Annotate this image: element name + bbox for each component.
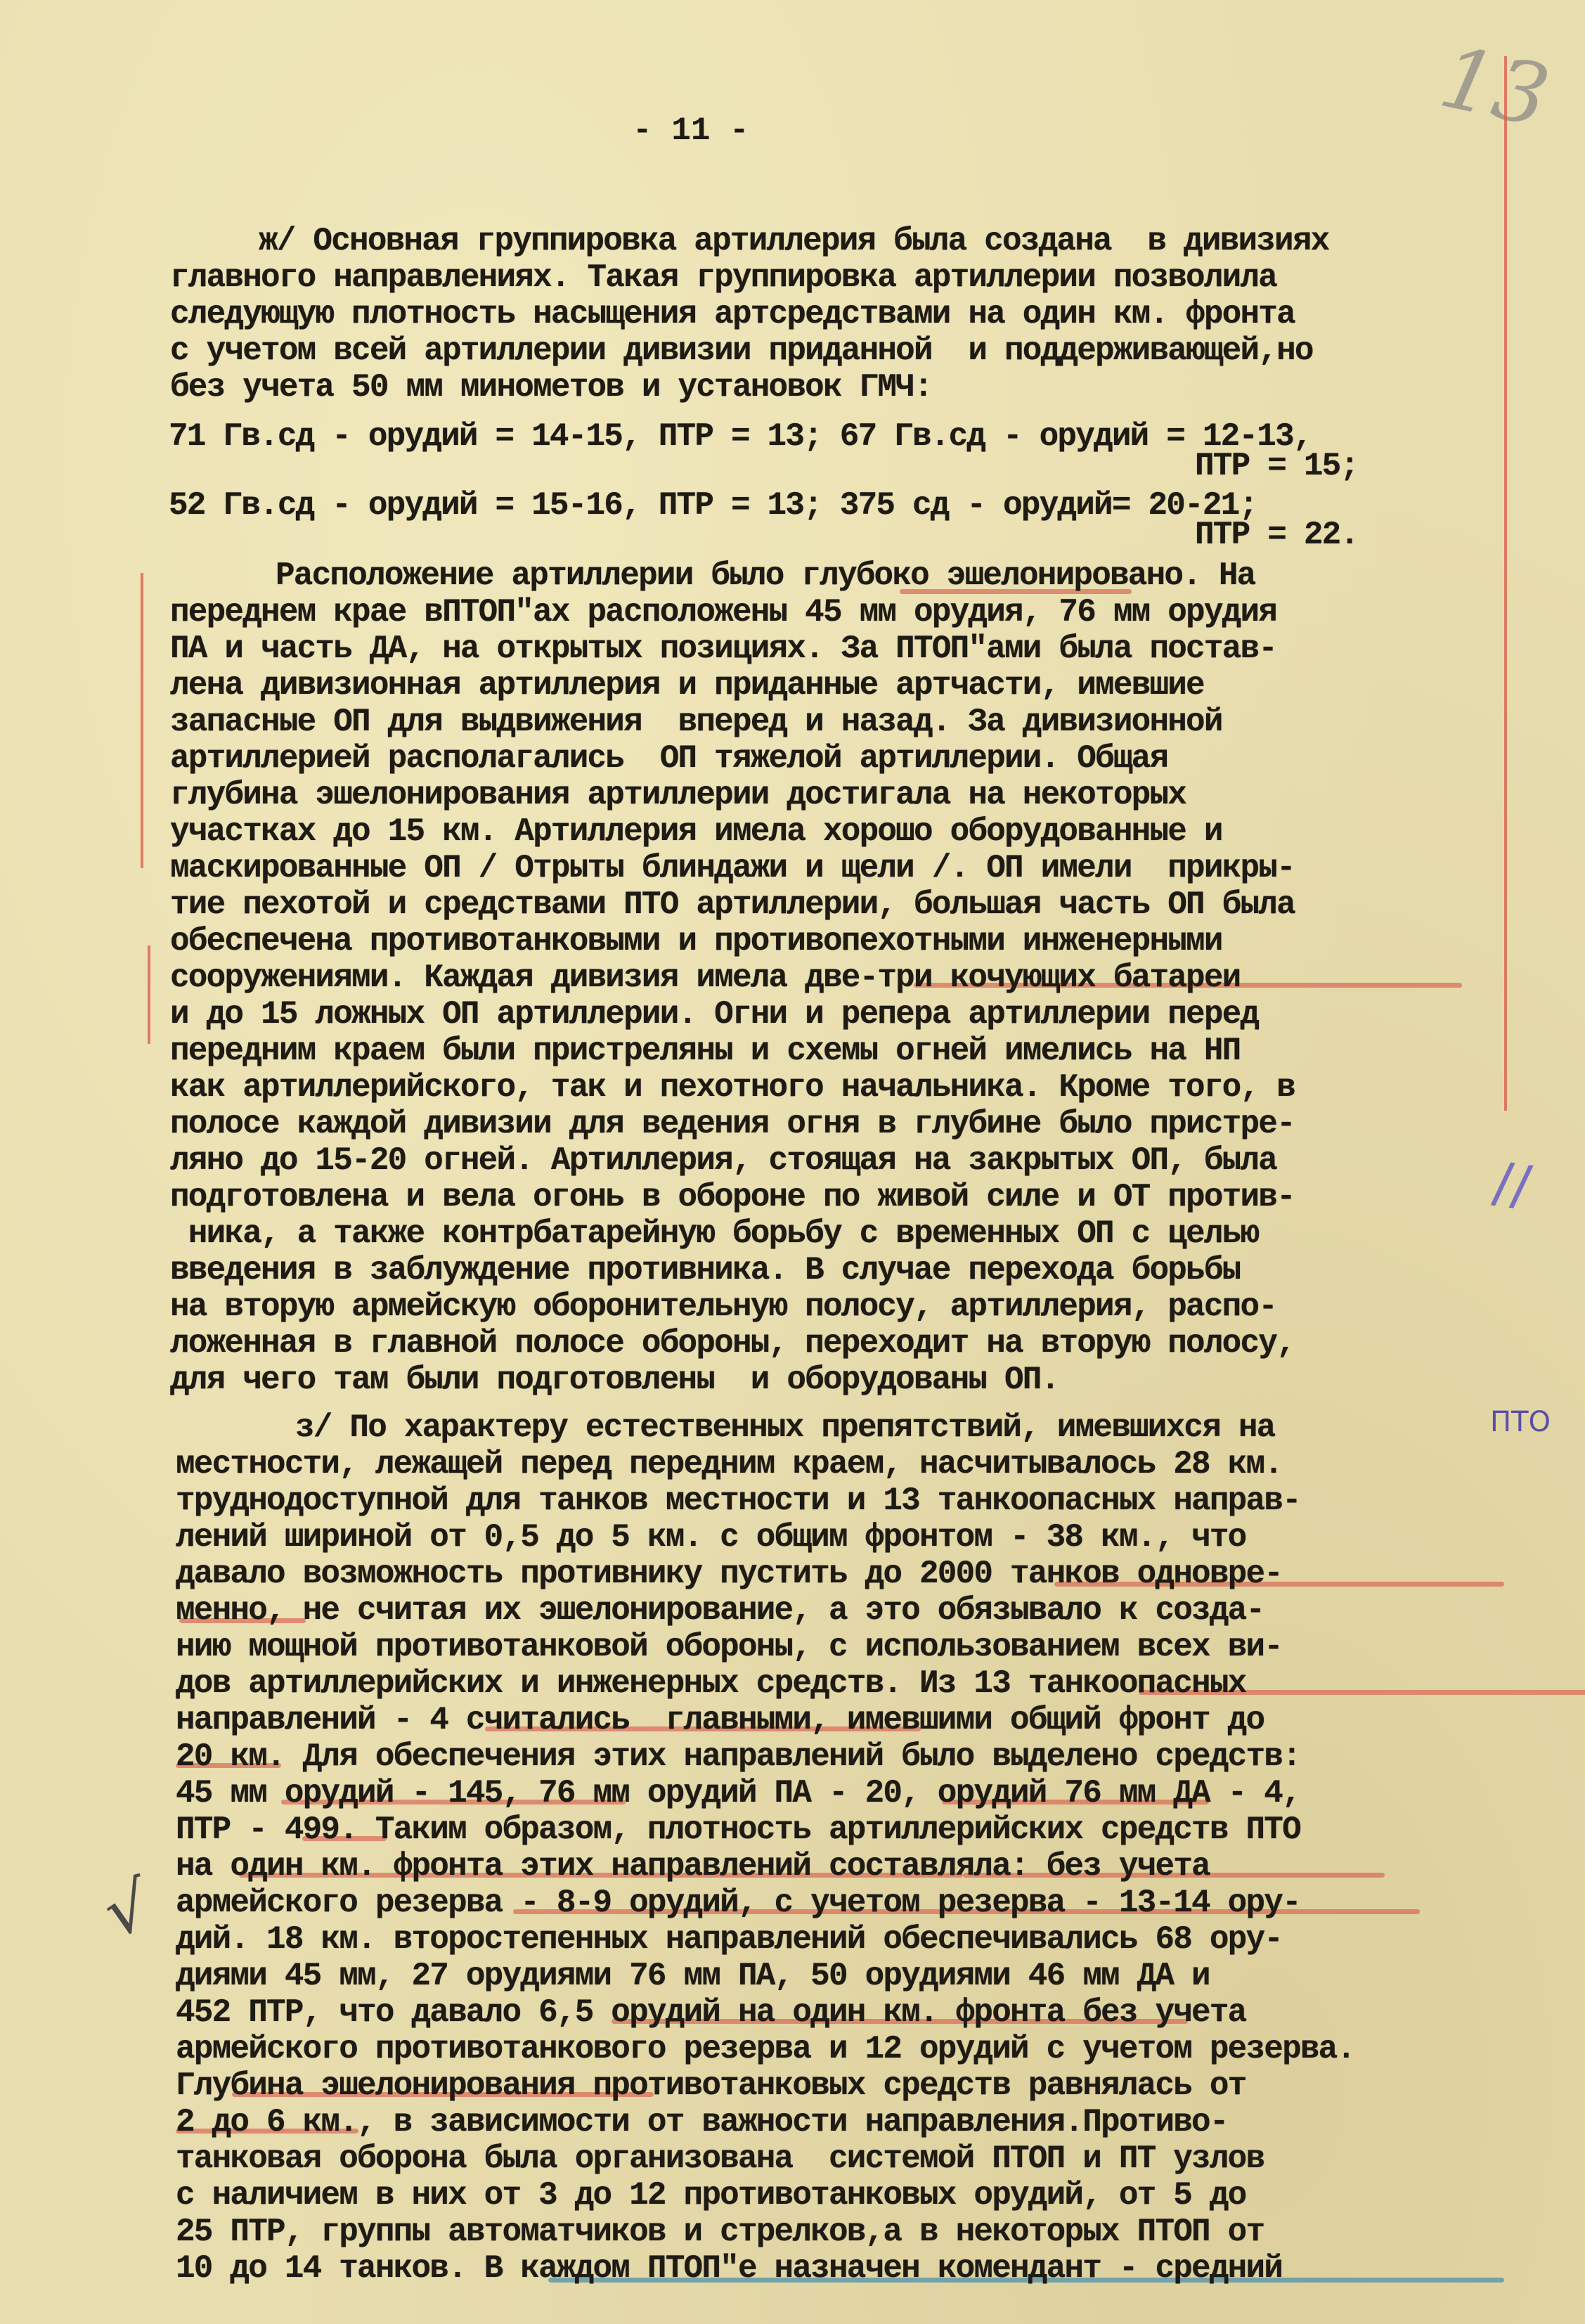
text-line: з/ По характеру естественных препятствий… [295, 1412, 1274, 1444]
text-line: ПТР = 15; [1195, 450, 1358, 482]
text-line: 71 Гв.сд - орудий = 14-15, ПТР = 13; 67 … [169, 420, 1312, 453]
text-line: сооружениями. Каждая дивизия имела две-т… [170, 962, 1240, 994]
text-line: подготовлена и вела огонь в обороне по ж… [170, 1181, 1295, 1213]
text-line: главного направлениях. Такая группировка… [170, 262, 1276, 294]
margin-note-pto: ПТО [1490, 1406, 1551, 1438]
text-line: маскированные ОП / Отрыты блиндажи и щел… [170, 852, 1295, 884]
text-line: переднем крае вПТОП"ах расположены 45 мм… [170, 596, 1276, 628]
text-line: обеспечена противотанковыми и противопех… [170, 925, 1222, 957]
text-line: следующую плотность насыщения артсредств… [170, 298, 1295, 330]
text-line: на вторую армейскую оборонительную полос… [170, 1291, 1276, 1323]
text-line: передним краем были пристреляны и схемы … [170, 1035, 1240, 1067]
text-line: ложенная в главной полосе обороны, перех… [170, 1327, 1295, 1360]
text-line: давало возможность противнику пустить до… [176, 1558, 1282, 1590]
text-line: ПТР = 22. [1195, 519, 1358, 551]
text-line: диями 45 мм, 27 орудиями 76 мм ПА, 50 ор… [176, 1960, 1210, 1992]
text-line: Расположение артиллерии было глубоко эше… [276, 560, 1255, 592]
text-line: тие пехотой и средствами ПТО артиллерии,… [170, 889, 1295, 921]
text-line: ПА и часть ДА, на открытых позициях. За … [170, 633, 1276, 665]
text-line: армейского резерва - 8-9 орудий, с учето… [176, 1887, 1300, 1919]
text-line: дий. 18 км. второстепенных направлений о… [176, 1923, 1282, 1956]
text-line: армейского противотанкового резерва и 12… [176, 2033, 1354, 2065]
text-line: запасные ОП для выдвижения вперед и наза… [170, 706, 1222, 738]
page-number: - 11 - [633, 112, 749, 149]
text-line: и до 15 ложных ОП артиллерии. Огни и реп… [170, 998, 1258, 1031]
text-line: артиллерией располагались ОП тяжелой арт… [170, 742, 1167, 775]
text-line: для чего там были подготовлены и оборудо… [170, 1364, 1059, 1396]
text-line: 45 мм орудий - 145, 76 мм орудий ПА - 20… [176, 1777, 1300, 1809]
text-line: ляно до 15-20 огней. Артиллерия, стоящая… [170, 1144, 1276, 1177]
text-line: лений шириной от 0,5 до 5 км. с общим фр… [176, 1521, 1246, 1554]
text-line: участках до 15 км. Артиллерия имела хоро… [170, 815, 1222, 848]
text-line: менно, не считая их эшелонирование, а эт… [176, 1594, 1264, 1627]
text-line: 20 км. Для обеспечения этих направлений … [176, 1741, 1300, 1773]
text-line: 2 до 6 км., в зависимости от важности на… [176, 2106, 1228, 2138]
text-line: танковая оборона была организована систе… [176, 2143, 1264, 2175]
text-line: без учета 50 мм минометов и установок ГМ… [170, 371, 932, 404]
text-line: ж/ Основная группировка артиллерия была … [259, 225, 1328, 257]
text-line: труднодоступной для танков местности и 1… [176, 1485, 1300, 1517]
text-line: ПТР - 499. Таким образом, плотность арти… [176, 1814, 1300, 1846]
text-line: направлений - 4 считались главными, имев… [176, 1704, 1264, 1736]
red-margin-line [141, 573, 143, 868]
text-line: с учетом всей артиллерии дивизии приданн… [170, 335, 1313, 367]
red-margin-line [1504, 56, 1507, 1111]
text-line: нию мощной противотанковой обороны, с ис… [176, 1631, 1282, 1663]
red-margin-line [148, 945, 150, 1044]
text-line: местности, лежащей перед передним краем,… [176, 1448, 1282, 1480]
text-line: 52 Гв.сд - орудий = 15-16, ПТР = 13; 375… [169, 489, 1257, 522]
text-line: 25 ПТР, группы автоматчиков и стрелков,а… [176, 2216, 1264, 2248]
text-line: Глубина эшелонирования противотанковых с… [176, 2070, 1246, 2102]
text-line: ника, а также контрбатарейную борьбу с в… [170, 1218, 1258, 1250]
text-line: как артиллерийского, так и пехотного нач… [170, 1071, 1295, 1104]
text-line: 10 до 14 танков. В каждом ПТОП"е назначе… [176, 2252, 1282, 2285]
text-line: дов артиллерийских и инженерных средств.… [176, 1667, 1246, 1700]
text-line: с наличием в них от 3 до 12 противотанко… [176, 2179, 1246, 2212]
text-line: введения в заблуждение противника. В слу… [170, 1254, 1240, 1286]
text-line: глубина эшелонирования артиллерии достиг… [170, 779, 1186, 811]
text-line: 452 ПТР, что давало 6,5 орудий на один к… [176, 1996, 1246, 2029]
text-line: полосе каждой дивизии для ведения огня в… [170, 1108, 1295, 1140]
text-line: на один км. фронта этих направлений сост… [176, 1850, 1210, 1883]
text-line: лена дивизионная артиллерия и приданные … [170, 669, 1204, 702]
